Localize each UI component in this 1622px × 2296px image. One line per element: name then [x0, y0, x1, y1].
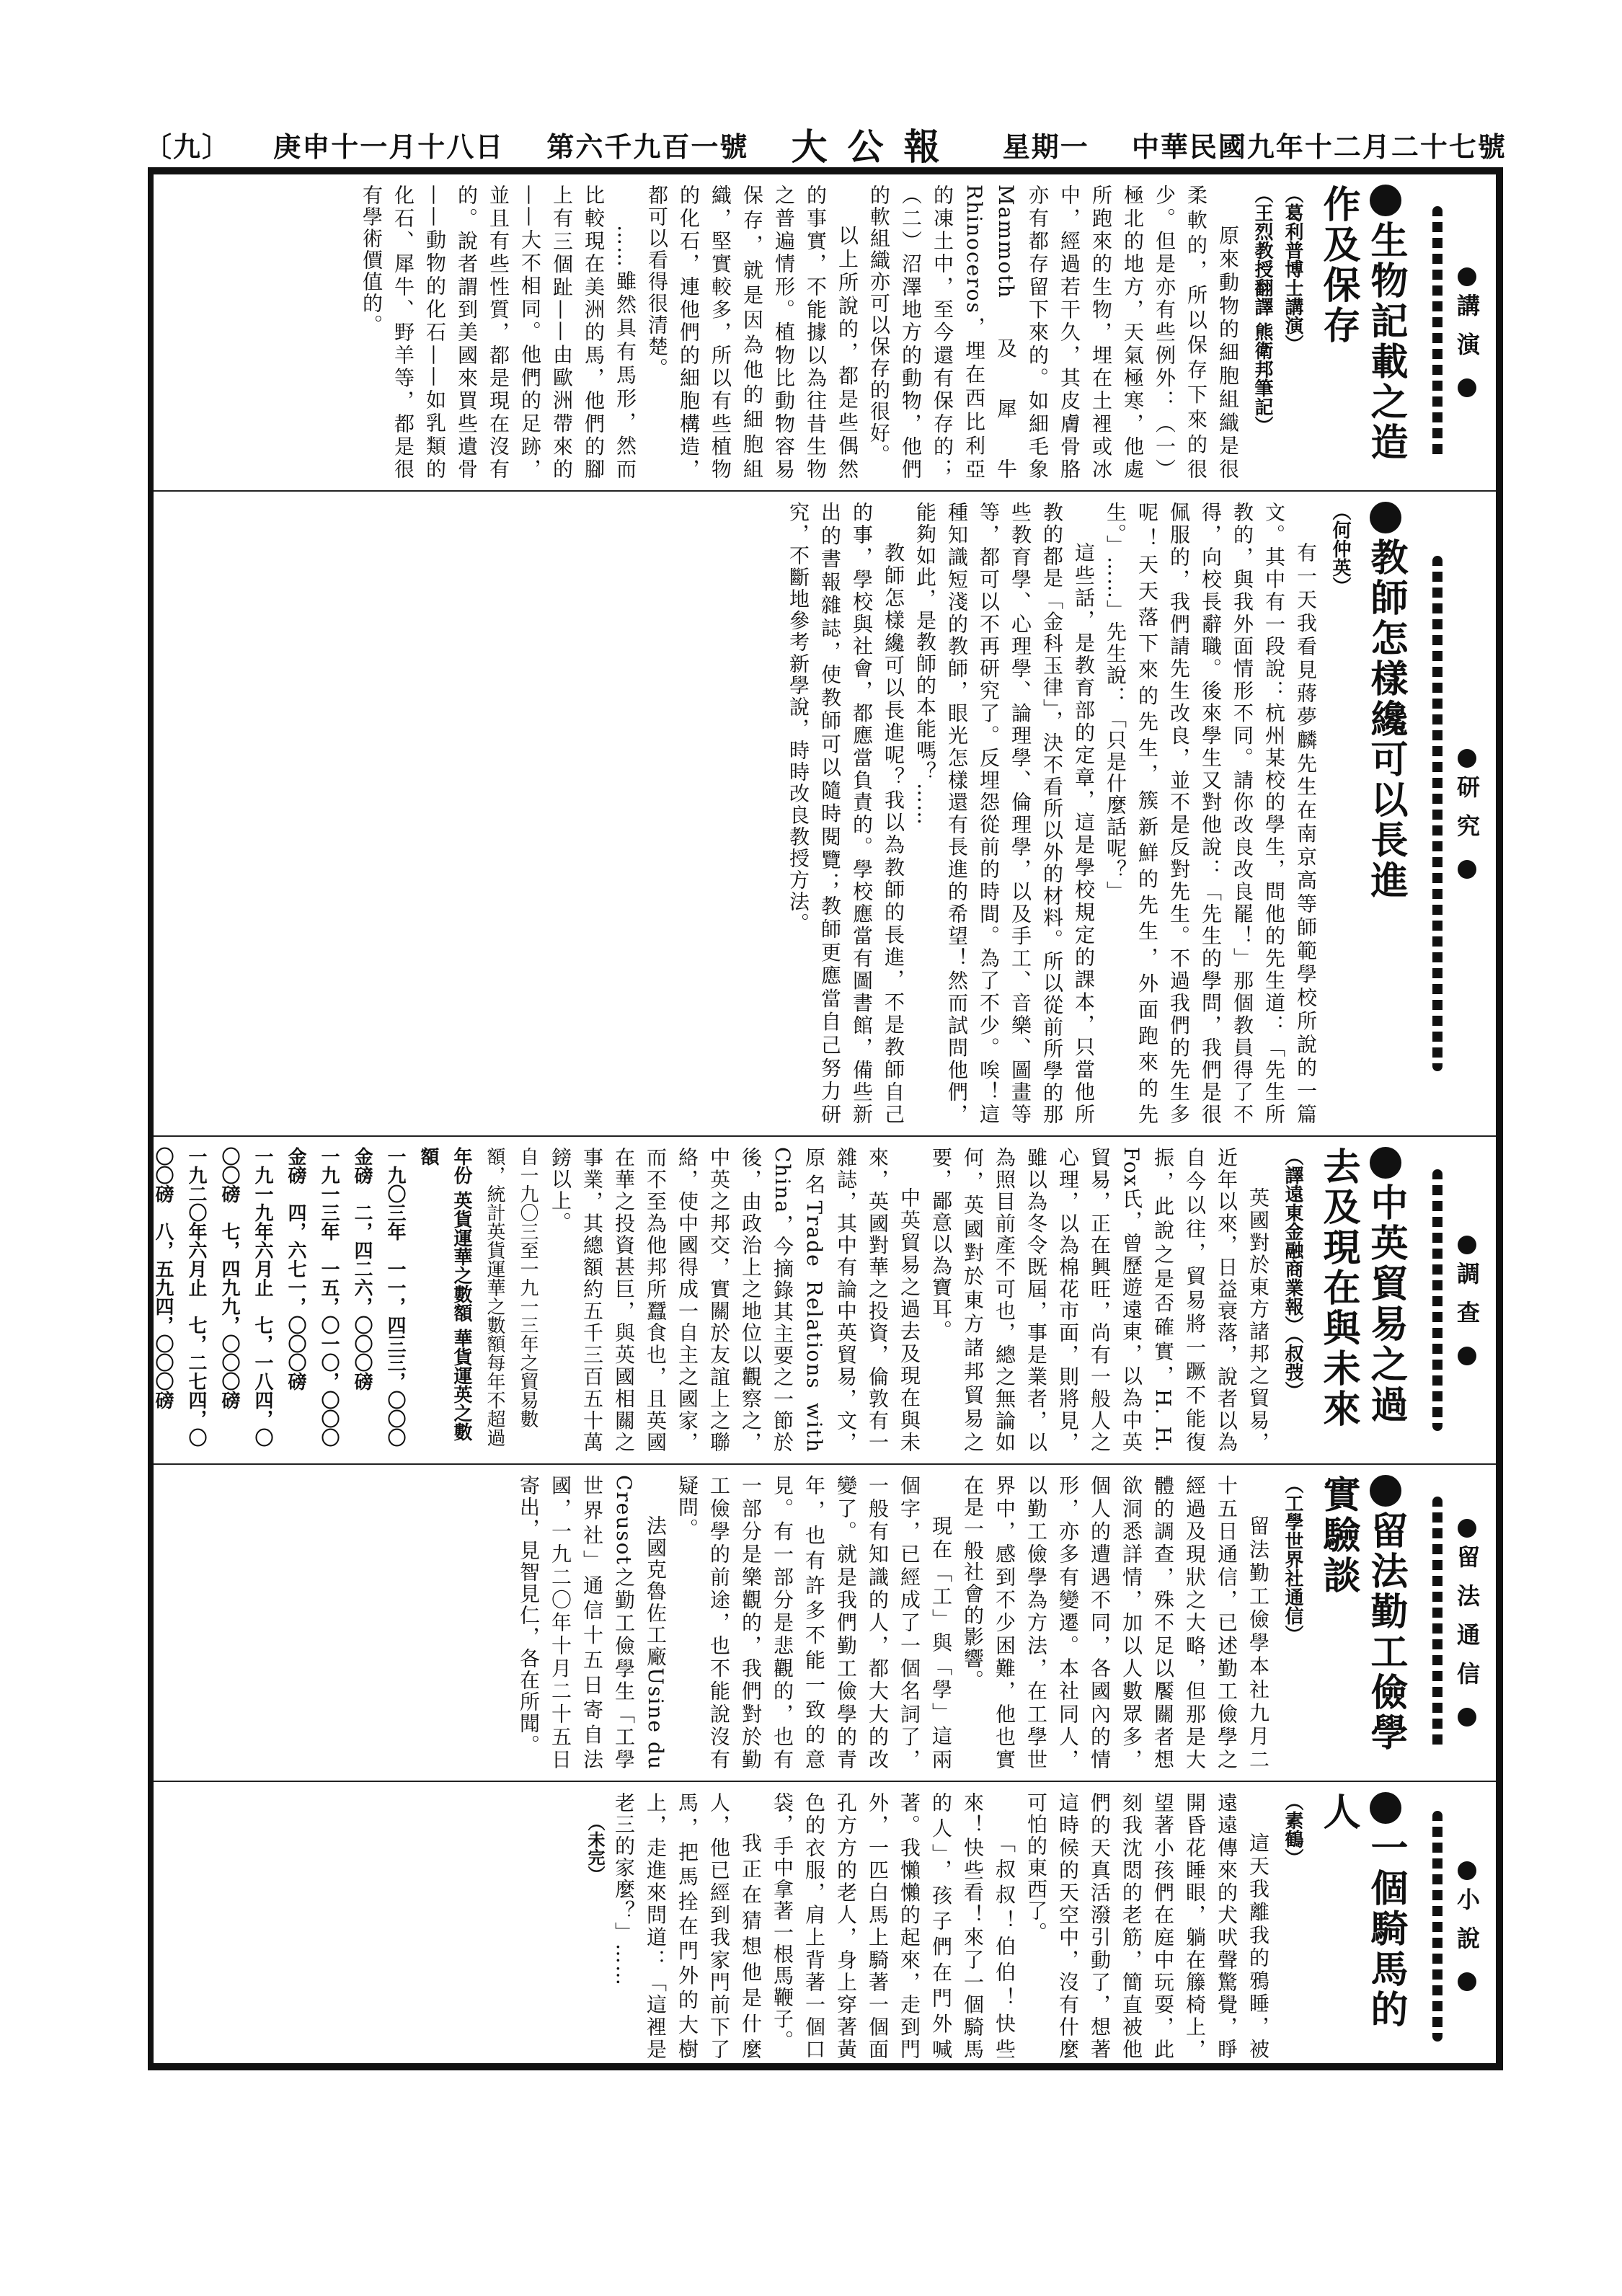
section-label-research: 研究 [1417, 492, 1496, 1135]
page-number: 〔九〕 [144, 125, 231, 164]
bullet-dot-icon [1370, 502, 1401, 533]
table-row: 一九一九年六月止 七，一八四，〇〇〇磅 七，四九九，〇〇〇磅 [213, 1147, 279, 1453]
bullet-dot-icon [1458, 1347, 1476, 1365]
bullet-dot-icon [1370, 185, 1401, 216]
byline: （譯遠東金融商業報）（叔弢） [1281, 1147, 1304, 1453]
table-row: 一九〇三年 一一，四三三，〇〇〇金磅 二，四二六，〇〇〇磅 [345, 1147, 412, 1453]
article-lecture: 講演 生物記載之造作及保存 （葛利普博士講演） （王烈教授翻譯 熊衛邦筆記） 原… [154, 174, 1496, 492]
table-header: 年份 英貨運華之數額 華貨運英之數額 [412, 1147, 478, 1453]
paragraph: ……雖然具有馬形，然而比較現在美洲的馬，他們的腳上有三個趾——由歐洲帶來的——大… [355, 185, 641, 480]
article-investigation: 調查 中英貿易之過去及現在與未來 （譯遠東金融商業報）（叔弢） 英國對於東方諸邦… [154, 1137, 1496, 1465]
bullet-dot-icon [1458, 1236, 1476, 1254]
paragraph: 教師怎樣纔可以長進呢？我以為教師的長進，不是教師自己的事，學校與社會，都應當負責… [782, 502, 909, 1125]
bullet-dot-icon [1370, 1475, 1401, 1507]
republic-date: 中華民國九年十二月二十七號 [1132, 125, 1507, 164]
section-title: 留法通信 [1450, 1545, 1484, 1701]
section-title: 講演 [1450, 293, 1484, 371]
table-row: 一九一三年 一五，〇一〇，〇〇〇金磅 四，六七一，〇〇〇磅 [279, 1147, 345, 1453]
bullet-dot-icon [1458, 860, 1476, 879]
section-label-fiction: 小說 [1417, 1782, 1496, 2070]
paragraph: 原來動物的細胞組織是很柔軟的，所以保存下來的很少。但是亦有些例外：（一）極北的地… [863, 185, 1244, 480]
vine-ornament-icon [1432, 1169, 1442, 1430]
bullet-dot-icon [1458, 749, 1476, 768]
headline: 一個騎馬的人 [1314, 1792, 1409, 2060]
bullet-dot-icon [1458, 1708, 1476, 1727]
issue-number: 第六千九百一號 [546, 125, 748, 164]
table-note: 自一九〇三至一九一三年之貿易數額，統計英貨運華之數額每年不超過 [478, 1147, 544, 1453]
page-frame: 講演 生物記載之造作及保存 （葛利普博士講演） （王烈教授翻譯 熊衛邦筆記） 原… [148, 167, 1503, 2070]
headline: 生物記載之造作及保存 [1314, 185, 1409, 480]
bullet-dot-icon [1458, 1519, 1476, 1538]
headline: 教師怎樣纔可以長進 [1362, 502, 1409, 1125]
article-body-container: 生物記載之造作及保存 （葛利普博士講演） （王烈教授翻譯 熊衛邦筆記） 原來動物… [154, 174, 1417, 490]
table-row: 一九二〇年六月止 七，二七四，〇〇〇磅 八，五九四，〇〇〇磅 [154, 1147, 213, 1453]
section-label-investigation: 調查 [1417, 1137, 1496, 1463]
byline-translator: （王烈教授翻譯 熊衛邦筆記） [1251, 185, 1274, 480]
paragraph: 中英貿易之過去及現在與未來，英國對華之投資，倫敦有一雜誌，其中有論中英貿易，文，… [544, 1147, 925, 1453]
vine-ornament-icon [1432, 556, 1442, 1071]
article-france-correspondence: 留法通信 留法勤工儉學實驗談 （工學世界社通信） 留法勤工儉學本社九月二十五日通… [154, 1465, 1496, 1782]
byline: （何仲英） [1329, 502, 1352, 1125]
paragraph: 現在「工」與「學」這兩個字，已經成了一個名詞了，一般有知識的人，都大大的改變了。… [671, 1475, 957, 1770]
lunar-date: 庚申十一月十八日 [273, 125, 504, 164]
article-research: 研究 教師怎樣纔可以長進 （何仲英） 有一天我看見蔣夢麟先生在南京高等師範學校所… [154, 492, 1496, 1137]
paragraph: 留法勤工儉學本社九月二十五日通信，已述勤工儉學之經過及現狀之大略，但那是大體的調… [957, 1475, 1274, 1770]
article-text: 這天我離我的鴉睡，被遠遠傳來的犬吠聲驚覺，睜開昏花睡眼，躺在籐椅上，望著小孩們在… [608, 1792, 1274, 2060]
headline: 留法勤工儉學實驗談 [1314, 1475, 1409, 1770]
bullet-dot-icon [1370, 1792, 1401, 1824]
weekday: 星期一 [1003, 125, 1089, 164]
vine-ornament-icon [1432, 206, 1442, 458]
section-title: 調查 [1450, 1262, 1484, 1339]
paper-name: 大公報 [792, 118, 960, 170]
bullet-dot-icon [1458, 267, 1476, 286]
paragraph: 「叔叔！伯伯！快些來！快些看！來了一個騎馬的人」，孩子們在門外喊著。我懶懶的起來… [766, 1792, 1020, 2060]
section-title: 小說 [1450, 1887, 1484, 1965]
paragraph: 我正在猜想他是什麼人，他已經到我家門前下了馬，把馬拴在門外的大樹上，走進來問道：… [608, 1792, 766, 2060]
bullet-dot-icon [1458, 1861, 1476, 1880]
paragraph: 這些話，是教育部的定章，這是學校規定的課本，只當他所教的都是「金科玉律」，決不看… [909, 502, 1099, 1125]
section-label-france: 留法通信 [1417, 1465, 1496, 1781]
article-text: 留法勤工儉學本社九月二十五日通信，已述勤工儉學之經過及現狀之大略，但那是大體的調… [513, 1475, 1274, 1770]
article-body-container: 一個騎馬的人 （素鶴） 這天我離我的鴉睡，被遠遠傳來的犬吠聲驚覺，睜開昏花睡眼，… [154, 1782, 1417, 2070]
vine-ornament-icon [1432, 1811, 1442, 2042]
to-be-continued: （未完） [582, 1814, 608, 2060]
article-body-container: 教師怎樣纔可以長進 （何仲英） 有一天我看見蔣夢麟先生在南京高等師範學校所說的一… [154, 492, 1417, 1135]
paragraph: 以上所說的，都是些偶然的事實，不能據以為往昔生物之普遍情形。植物比動物容易保存，… [641, 185, 863, 480]
article-text: 原來動物的細胞組織是很柔軟的，所以保存下來的很少。但是亦有些例外：（一）極北的地… [355, 185, 1244, 480]
bullet-dot-icon [1370, 1147, 1401, 1179]
article-text: 英國對於東方諸邦之貿易，近年以來，日益衰落，說者以為自今以往，貿易將一蹶不能復振… [544, 1147, 1274, 1453]
paragraph: 這天我離我的鴉睡，被遠遠傳來的犬吠聲驚覺，睜開昏花睡眼，躺在籐椅上，望著小孩們在… [1020, 1792, 1274, 2060]
trade-table: 自一九〇三至一九一三年之貿易數額，統計英貨運華之數額每年不超過 年份 英貨運華之… [154, 1147, 544, 1453]
paragraph: 英國對於東方諸邦之貿易，近年以來，日益衰落，說者以為自今以往，貿易將一蹶不能復振… [925, 1147, 1274, 1453]
article-body-container: 留法勤工儉學實驗談 （工學世界社通信） 留法勤工儉學本社九月二十五日通信，已述勤… [154, 1465, 1417, 1781]
byline: （工學世界社通信） [1281, 1475, 1304, 1770]
article-text: 有一天我看見蔣夢麟先生在南京高等師範學校所說的一篇文。其中有一段說：杭州某校的學… [782, 502, 1321, 1125]
vine-ornament-icon [1432, 1497, 1442, 1749]
section-label-lecture: 講演 [1417, 174, 1496, 490]
headline: 中英貿易之過去及現在與未來 [1314, 1147, 1409, 1453]
article-fiction: 小說 一個騎馬的人 （素鶴） 這天我離我的鴉睡，被遠遠傳來的犬吠聲驚覺，睜開昏花… [154, 1782, 1496, 2070]
paragraph: 法國克魯佐工廠Usine du Creusot之勤工儉學生「工學世界社」通信十五… [513, 1475, 671, 1770]
bullet-dot-icon [1458, 378, 1476, 397]
article-body-container: 中英貿易之過去及現在與未來 （譯遠東金融商業報）（叔弢） 英國對於東方諸邦之貿易… [154, 1137, 1417, 1463]
byline: （素鶴） [1281, 1792, 1304, 2060]
section-title: 研究 [1450, 775, 1484, 853]
byline-speaker: （葛利普博士講演） [1281, 185, 1304, 480]
bullet-dot-icon [1458, 1972, 1476, 1991]
paragraph: 有一天我看見蔣夢麟先生在南京高等師範學校所說的一篇文。其中有一段說：杭州某校的學… [1099, 502, 1321, 1125]
masthead: 中華民國九年十二月二十七號 星期一 大公報 第六千九百一號 庚申十一月十八日 〔… [144, 123, 1507, 166]
